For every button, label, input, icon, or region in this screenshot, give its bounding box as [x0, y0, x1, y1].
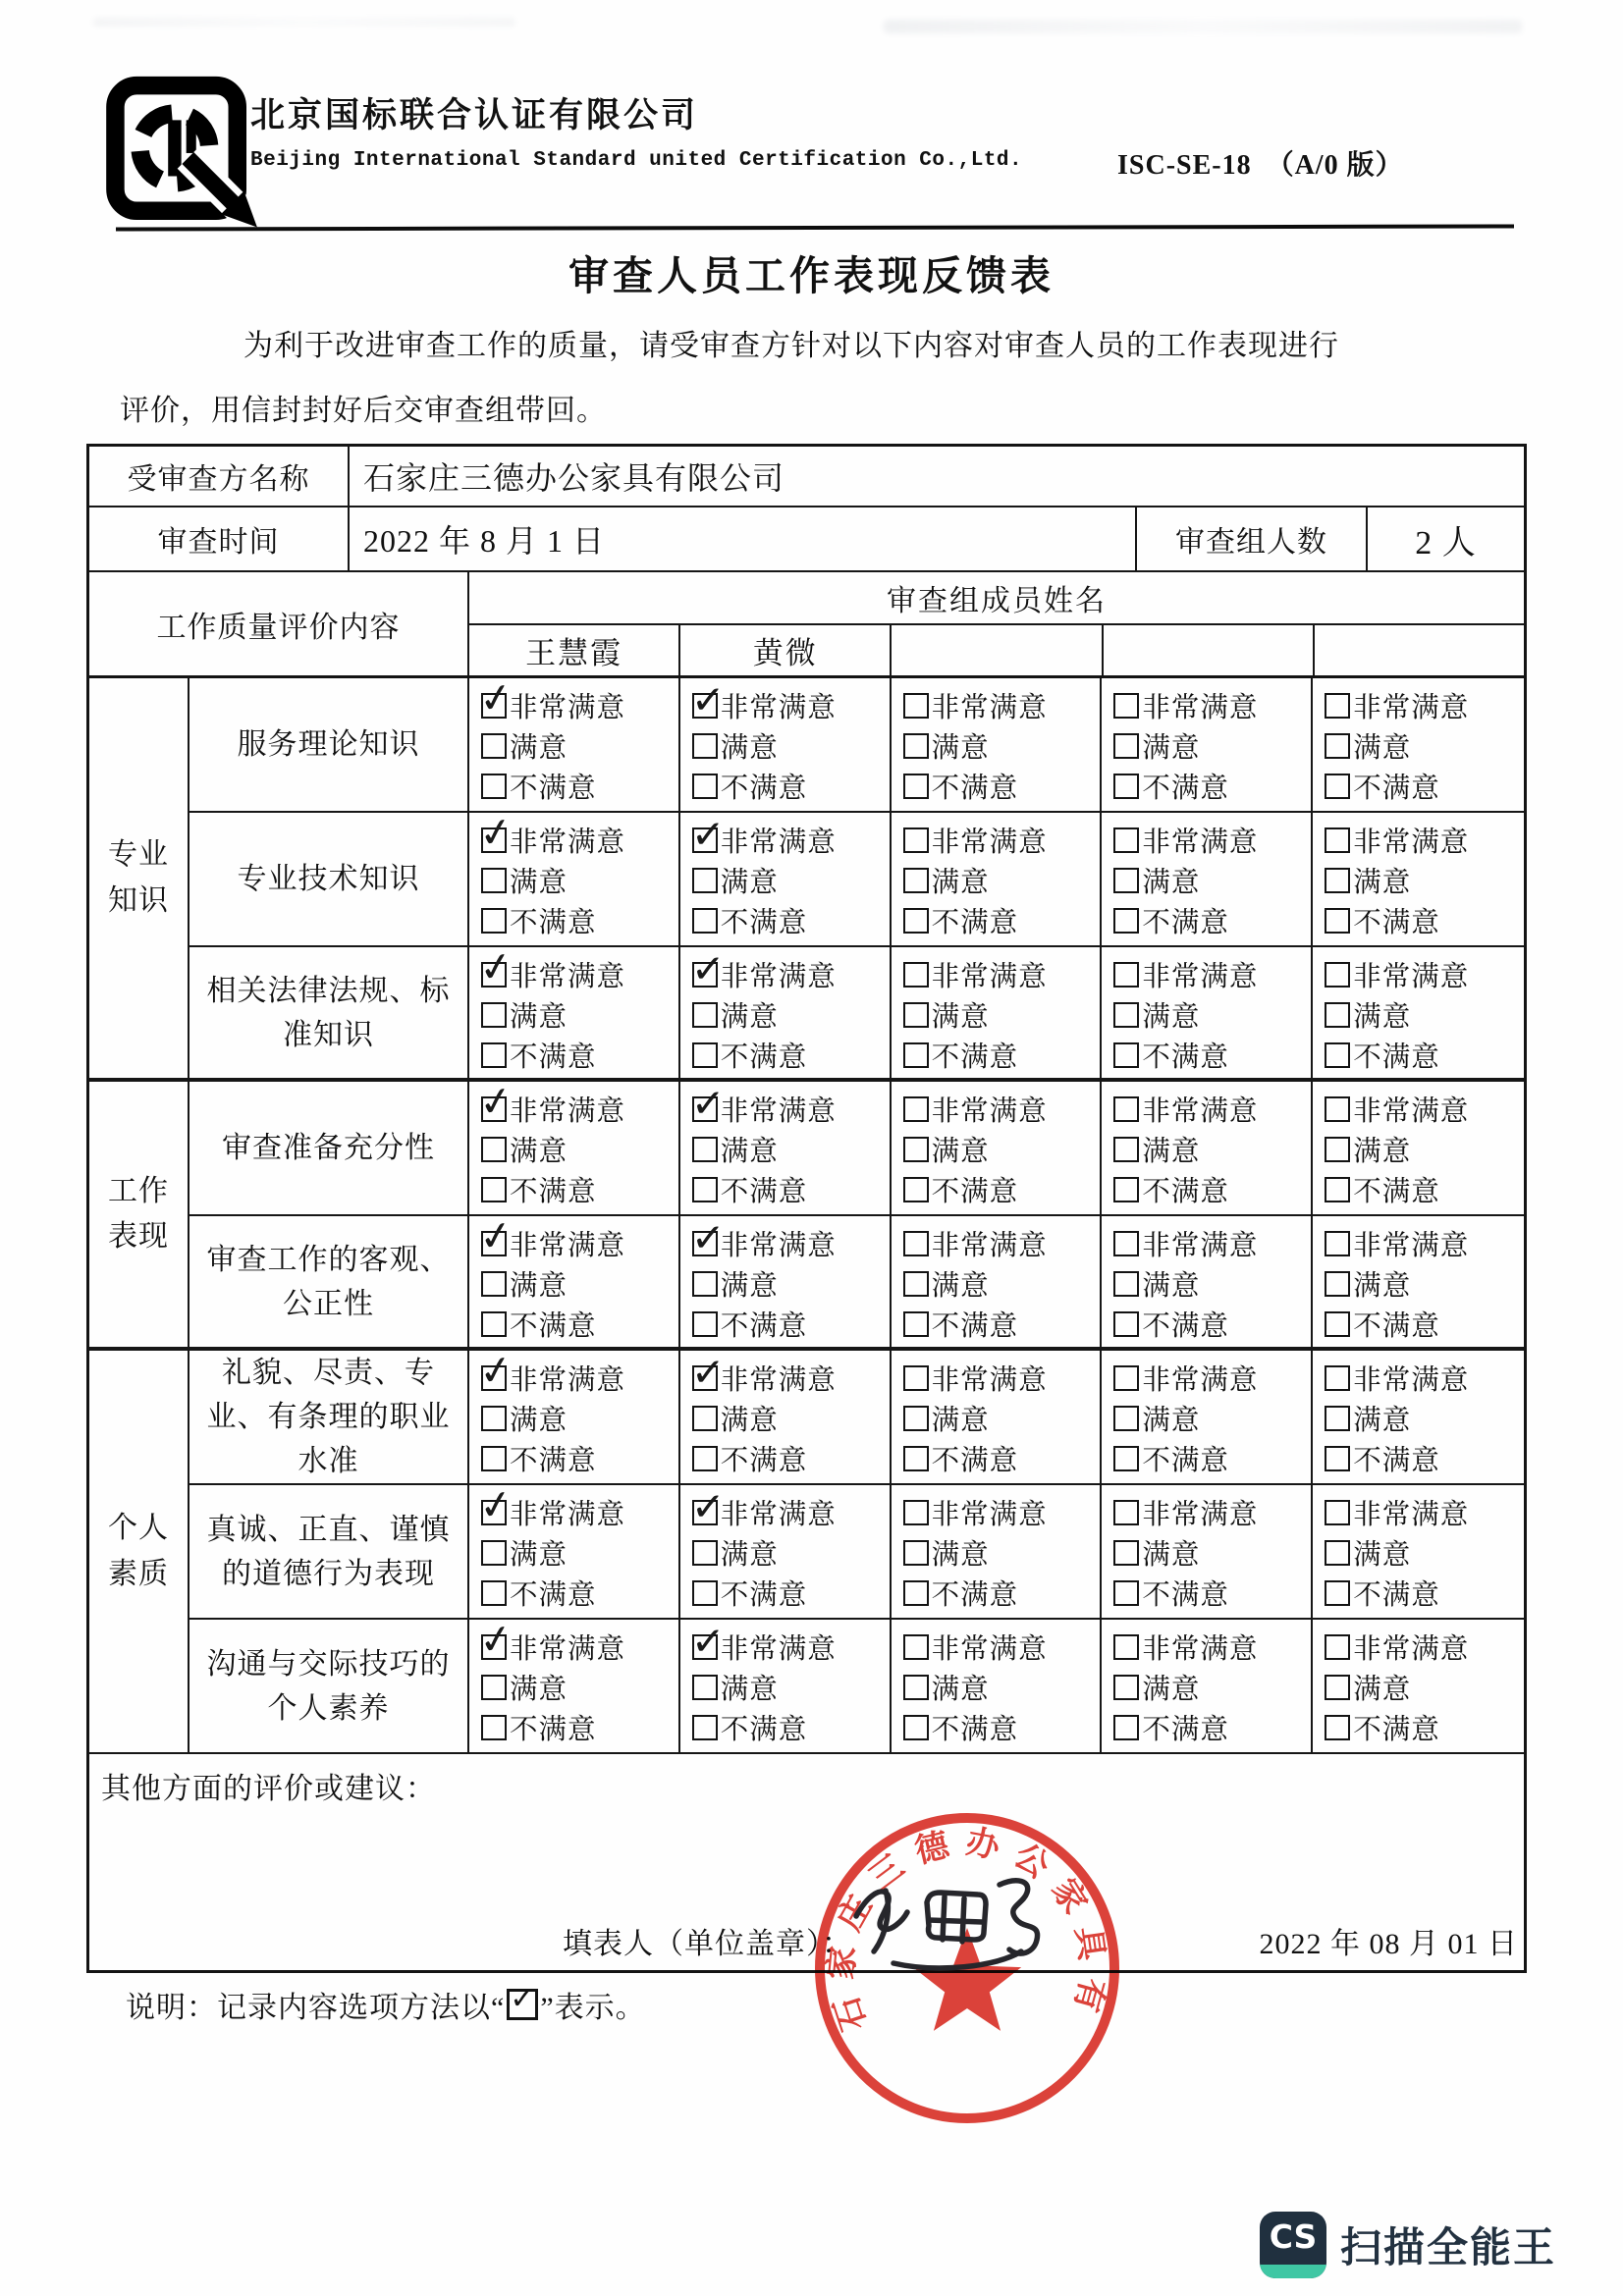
option-label: 满意	[721, 1532, 779, 1573]
checkbox[interactable]	[481, 1271, 507, 1297]
checkbox[interactable]	[692, 868, 718, 893]
option-label: 不满意	[1353, 1573, 1440, 1613]
option-label: 非常满意	[1142, 1492, 1258, 1532]
checkbox[interactable]: ✓	[692, 962, 718, 988]
team-size-value: 2 人	[1368, 507, 1524, 570]
checkbox[interactable]	[903, 1634, 929, 1660]
checkbox[interactable]	[903, 1500, 929, 1525]
checkbox[interactable]	[1325, 1365, 1350, 1391]
option-label: 满意	[510, 860, 568, 900]
option-label: 不满意	[510, 1304, 597, 1344]
option-row: 非常满意	[903, 954, 1097, 994]
option-row: 满意	[692, 994, 886, 1035]
checkbox[interactable]: ✓	[481, 962, 507, 988]
rating-cell: 非常满意满意不满意	[1102, 813, 1313, 947]
option-row: 非常满意	[1325, 1358, 1520, 1398]
rating-cell: 非常满意满意不满意	[1313, 1082, 1524, 1216]
scan-noise	[884, 20, 1522, 33]
checkbox[interactable]: ✓	[481, 1231, 507, 1256]
rating-cell: ✓非常满意满意不满意	[680, 678, 892, 813]
option-row: ✓非常满意	[481, 1627, 675, 1667]
rating-cell: 非常满意满意不满意	[1102, 1082, 1313, 1216]
option-label: 满意	[510, 994, 568, 1035]
checkbox[interactable]	[692, 1177, 718, 1202]
option-label: 满意	[1142, 994, 1200, 1035]
checkbox[interactable]	[1325, 1311, 1350, 1337]
option-label: 不满意	[721, 1035, 808, 1075]
criteria-label: 礼貌、尽责、专业、有条理的职业水准	[189, 1351, 469, 1485]
checkbox[interactable]	[481, 868, 507, 893]
checkbox[interactable]	[903, 962, 929, 988]
check-mark-icon: ✓	[476, 810, 516, 855]
option-label: 非常满意	[1353, 1358, 1469, 1398]
rating-cell: 非常满意满意不满意	[1102, 1485, 1313, 1620]
option-row: 满意	[481, 860, 675, 900]
member-names-row: 王慧霞 黄微	[469, 625, 1524, 675]
option-row: 非常满意	[1325, 685, 1520, 725]
option-row: ✓非常满意	[692, 1358, 886, 1398]
checkbox[interactable]	[692, 1580, 718, 1606]
checkbox[interactable]	[481, 1715, 507, 1740]
rating-cell: ✓非常满意满意不满意	[680, 1082, 892, 1216]
checkbox[interactable]	[1325, 1042, 1350, 1068]
member-name-1: 王慧霞	[469, 625, 680, 675]
option-row: 不满意	[692, 900, 886, 940]
option-row: 不满意	[903, 900, 1097, 940]
rating-cell: ✓非常满意满意不满意	[469, 1216, 680, 1351]
checkbox[interactable]	[481, 1177, 507, 1202]
option-label: 不满意	[721, 766, 808, 806]
checkbox[interactable]: ✓	[692, 828, 718, 853]
checkbox[interactable]	[1325, 1540, 1350, 1566]
checkbox[interactable]	[1325, 962, 1350, 988]
option-label: 不满意	[932, 766, 1019, 806]
checkbox[interactable]: ✓	[481, 828, 507, 853]
checkbox[interactable]	[903, 868, 929, 893]
checkbox[interactable]	[481, 1002, 507, 1028]
option-row: 非常满意	[1325, 1492, 1520, 1532]
member-name-3	[892, 625, 1103, 675]
option-row: ✓非常满意	[692, 820, 886, 860]
checkbox[interactable]: ✓	[481, 1634, 507, 1660]
checkbox[interactable]: ✓	[692, 1500, 718, 1525]
intro-line-2: 评价，用信封封好后交审查组带回。	[120, 386, 607, 429]
checkbox[interactable]	[903, 1446, 929, 1471]
option-row: ✓非常满意	[692, 1089, 886, 1129]
check-mark-icon: ✓	[690, 679, 727, 721]
option-row: 不满意	[481, 1035, 675, 1075]
rating-cell: ✓非常满意满意不满意	[469, 1620, 680, 1754]
checkbox[interactable]: ✓	[692, 1096, 718, 1122]
checkbox[interactable]	[1325, 1096, 1350, 1122]
option-label: 非常满意	[932, 685, 1048, 725]
option-row: 非常满意	[903, 1492, 1097, 1532]
checkbox[interactable]	[1113, 1580, 1139, 1606]
checkbox[interactable]	[481, 774, 507, 799]
criteria-label: 审查工作的客观、公正性	[189, 1216, 469, 1351]
checkbox[interactable]	[1113, 1002, 1139, 1028]
checkbox[interactable]	[1113, 733, 1139, 759]
checkbox[interactable]	[1325, 733, 1350, 759]
checkbox[interactable]	[692, 1002, 718, 1028]
checkbox[interactable]	[692, 1540, 718, 1566]
rating-cell: ✓非常满意满意不满意	[469, 813, 680, 947]
note-line: 说明：记录内容选项方法以“ ✓ ”表示。	[126, 1983, 646, 2026]
member-name-5	[1315, 625, 1524, 675]
option-row: 满意	[903, 725, 1097, 766]
option-label: 不满意	[721, 1573, 808, 1613]
checkbox[interactable]	[692, 1675, 718, 1700]
checkbox[interactable]	[1113, 693, 1139, 719]
checkbox[interactable]	[903, 733, 929, 759]
checkbox[interactable]	[1113, 908, 1139, 934]
member-name-2: 黄微	[680, 625, 892, 675]
option-label: 不满意	[721, 1304, 808, 1344]
option-label: 非常满意	[1353, 1627, 1469, 1667]
option-row: 非常满意	[903, 1223, 1097, 1263]
option-label: 非常满意	[721, 685, 837, 725]
note-suffix: ”表示。	[540, 1983, 645, 2026]
option-label: 满意	[932, 1263, 990, 1304]
option-label: 不满意	[721, 1438, 808, 1478]
criteria-label: 沟通与交际技巧的个人素养	[189, 1620, 469, 1754]
checkbox[interactable]	[692, 1042, 718, 1068]
rating-cell: ✓非常满意满意不满意	[469, 678, 680, 813]
checkbox[interactable]	[1113, 1406, 1139, 1431]
option-label: 满意	[1142, 1129, 1200, 1169]
checkbox[interactable]	[692, 1446, 718, 1471]
option-label: 满意	[510, 1129, 568, 1169]
option-row: 不满意	[1113, 1304, 1307, 1344]
checkbox[interactable]	[481, 733, 507, 759]
checkbox[interactable]	[1113, 1446, 1139, 1471]
checkbox[interactable]	[692, 1271, 718, 1297]
checkbox[interactable]	[692, 1406, 718, 1431]
checkbox[interactable]	[1325, 828, 1350, 853]
checkbox[interactable]: ✓	[481, 693, 507, 719]
option-row: 满意	[481, 725, 675, 766]
option-row: 满意	[1113, 725, 1307, 766]
checkbox[interactable]	[1113, 1311, 1139, 1337]
checkbox[interactable]	[1113, 868, 1139, 893]
criteria-label: 审查准备充分性	[189, 1082, 469, 1216]
option-label: 满意	[1142, 1667, 1200, 1707]
checkbox[interactable]	[903, 1365, 929, 1391]
rating-cell: 非常满意满意不满意	[1313, 813, 1524, 947]
camscanner-watermark: CS 扫描全能王	[1260, 2212, 1556, 2278]
check-mark-icon: ✓	[476, 675, 516, 721]
checkbox[interactable]	[1325, 693, 1350, 719]
option-row: ✓非常满意	[692, 954, 886, 994]
option-row: 不满意	[1113, 1169, 1307, 1209]
members-header-block: 审查组成员姓名 王慧霞 黄微	[469, 572, 1524, 675]
rating-cell: 非常满意满意不满意	[1102, 1620, 1313, 1754]
option-label: 不满意	[510, 1707, 597, 1747]
checkbox[interactable]	[481, 1311, 507, 1337]
rating-cell: ✓非常满意满意不满意	[469, 1082, 680, 1216]
checkbox[interactable]	[1325, 1137, 1350, 1162]
option-row: ✓非常满意	[481, 1358, 675, 1398]
rating-cell: 非常满意满意不满意	[892, 1351, 1103, 1485]
option-row: 不满意	[692, 1304, 886, 1344]
checkbox[interactable]	[903, 1096, 929, 1122]
option-row: 不满意	[481, 900, 675, 940]
option-row: 满意	[1325, 1129, 1520, 1169]
checkbox[interactable]	[481, 1137, 507, 1162]
checkbox[interactable]	[1325, 1580, 1350, 1606]
checkbox[interactable]	[1113, 774, 1139, 799]
option-row: 满意	[1113, 1532, 1307, 1573]
option-row: 满意	[1325, 1263, 1520, 1304]
option-label: 非常满意	[932, 954, 1048, 994]
checkbox[interactable]	[1325, 1002, 1350, 1028]
checkbox[interactable]	[1325, 1406, 1350, 1431]
checkbox[interactable]	[903, 908, 929, 934]
rating-cell: 非常满意满意不满意	[892, 1216, 1103, 1351]
option-row: 满意	[481, 1263, 675, 1304]
option-label: 不满意	[932, 1304, 1019, 1344]
audit-time-row: 审查时间 2022 年 8 月 1 日 审查组人数 2 人	[89, 507, 1524, 572]
option-label: 非常满意	[1353, 1492, 1469, 1532]
option-label: 满意	[1142, 1398, 1200, 1438]
rating-cell: 非常满意满意不满意	[1102, 1216, 1313, 1351]
checkbox[interactable]	[903, 1540, 929, 1566]
option-label: 满意	[721, 1667, 779, 1707]
option-row: 满意	[692, 1532, 886, 1573]
checkbox[interactable]	[692, 908, 718, 934]
option-row: 非常满意	[1113, 1627, 1307, 1667]
option-row: 满意	[903, 1129, 1097, 1169]
option-label: 非常满意	[510, 1358, 625, 1398]
checkbox[interactable]	[903, 1406, 929, 1431]
option-label: 非常满意	[721, 1492, 837, 1532]
checkbox[interactable]	[481, 1042, 507, 1068]
checkbox[interactable]	[1325, 1446, 1350, 1471]
option-row: 满意	[692, 860, 886, 900]
checkbox[interactable]	[1113, 828, 1139, 853]
checkbox[interactable]	[903, 1002, 929, 1028]
checkbox[interactable]	[1113, 1675, 1139, 1700]
checkbox[interactable]	[1113, 1137, 1139, 1162]
checkbox[interactable]	[1325, 1500, 1350, 1525]
checkbox[interactable]	[903, 1271, 929, 1297]
other-comments-box[interactable]: 其他方面的评价或建议： 填表人（单位盖章）： 2022 年 08 月 01 日	[89, 1754, 1524, 1970]
checkbox[interactable]	[481, 1580, 507, 1606]
checkbox[interactable]	[1113, 1177, 1139, 1202]
checkbox[interactable]	[903, 774, 929, 799]
rating-cell: ✓非常满意满意不满意	[680, 1485, 892, 1620]
option-row: 不满意	[1325, 1438, 1520, 1478]
checkbox[interactable]	[481, 1540, 507, 1566]
checkbox[interactable]	[1325, 1715, 1350, 1740]
checkbox[interactable]	[903, 1042, 929, 1068]
checkbox[interactable]	[481, 908, 507, 934]
checkbox[interactable]	[1113, 1500, 1139, 1525]
checkbox[interactable]	[903, 1137, 929, 1162]
scan-noise	[93, 18, 515, 27]
checkbox[interactable]	[903, 1715, 929, 1740]
option-label: 满意	[510, 1398, 568, 1438]
option-row: 满意	[1325, 1398, 1520, 1438]
option-row: 非常满意	[903, 1627, 1097, 1667]
option-label: 不满意	[1353, 1438, 1440, 1478]
checkbox[interactable]	[903, 828, 929, 853]
checkbox[interactable]: ✓	[692, 693, 718, 719]
option-row: 满意	[1325, 994, 1520, 1035]
option-label: 满意	[721, 1398, 779, 1438]
option-label: 非常满意	[1142, 1089, 1258, 1129]
checkbox[interactable]	[692, 1715, 718, 1740]
option-label: 非常满意	[932, 1223, 1048, 1263]
camscanner-icon-strip	[1260, 2265, 1326, 2278]
option-row: 非常满意	[1325, 1223, 1520, 1263]
option-row: 满意	[481, 1532, 675, 1573]
checkbox[interactable]	[1325, 908, 1350, 934]
checkbox[interactable]	[1325, 868, 1350, 893]
option-label: 非常满意	[721, 1089, 837, 1129]
rating-cell: 非常满意满意不满意	[1102, 1351, 1313, 1485]
option-label: 满意	[1142, 1532, 1200, 1573]
option-row: 满意	[903, 994, 1097, 1035]
option-label: 不满意	[510, 1438, 597, 1478]
criteria-grid: 专业知识服务理论知识✓非常满意满意不满意✓非常满意满意不满意非常满意满意不满意非…	[89, 678, 1524, 1754]
check-mark-icon: ✓	[476, 1617, 516, 1662]
checkbox[interactable]	[1325, 1675, 1350, 1700]
checkbox[interactable]	[1113, 1715, 1139, 1740]
category-1: 工作表现	[89, 1082, 189, 1351]
option-label: 非常满意	[721, 1358, 837, 1398]
checkbox[interactable]: ✓	[692, 1634, 718, 1660]
checkbox[interactable]	[903, 1231, 929, 1256]
check-mark-icon: ✓	[476, 1079, 516, 1124]
checkbox[interactable]	[1325, 774, 1350, 799]
option-row: 不满意	[692, 1169, 886, 1209]
option-label: 非常满意	[1353, 954, 1469, 994]
intro-line-1: 为利于改进审查工作的质量，请受审查方针对以下内容对审查人员的工作表现进行	[243, 321, 1339, 364]
checkbox[interactable]	[692, 774, 718, 799]
option-row: 满意	[1325, 725, 1520, 766]
members-header: 审查组成员姓名	[469, 572, 1524, 625]
option-row: 非常满意	[1325, 954, 1520, 994]
checkbox[interactable]	[1113, 1042, 1139, 1068]
checkbox[interactable]	[1113, 1231, 1139, 1256]
rating-cell: ✓非常满意满意不满意	[469, 1351, 680, 1485]
rating-cell: ✓非常满意满意不满意	[469, 1485, 680, 1620]
checkbox[interactable]: ✓	[481, 1365, 507, 1391]
option-row: 满意	[481, 1398, 675, 1438]
checkbox[interactable]	[692, 1137, 718, 1162]
checkbox[interactable]: ✓	[692, 1231, 718, 1256]
checkbox[interactable]	[1113, 1096, 1139, 1122]
option-row: 满意	[1113, 994, 1307, 1035]
checkbox[interactable]: ✓	[481, 1096, 507, 1122]
option-label: 不满意	[1142, 1035, 1229, 1075]
rating-cell: ✓非常满意满意不满意	[680, 947, 892, 1082]
option-row: 满意	[692, 1129, 886, 1169]
rating-cell: ✓非常满意满意不满意	[680, 1351, 892, 1485]
option-row: 满意	[1325, 1532, 1520, 1573]
option-row: 不满意	[1113, 1035, 1307, 1075]
option-row: 非常满意	[1113, 1492, 1307, 1532]
option-row: ✓非常满意	[692, 1223, 886, 1263]
checkbox[interactable]	[481, 1406, 507, 1431]
checkbox[interactable]	[1325, 1634, 1350, 1660]
checkbox[interactable]	[1325, 1271, 1350, 1297]
option-label: 不满意	[510, 1573, 597, 1613]
checkbox[interactable]	[692, 733, 718, 759]
certification-logo-icon	[102, 75, 267, 241]
option-row: 满意	[481, 1667, 675, 1707]
option-label: 满意	[510, 1667, 568, 1707]
checkbox[interactable]	[1113, 962, 1139, 988]
option-label: 不满意	[721, 1707, 808, 1747]
option-label: 不满意	[932, 1169, 1019, 1209]
option-label: 非常满意	[510, 820, 625, 860]
checkbox[interactable]	[1113, 1634, 1139, 1660]
option-row: 不满意	[903, 1304, 1097, 1344]
form-title: 审查人员工作表现反馈表	[0, 243, 1623, 301]
checkbox[interactable]	[1113, 1365, 1139, 1391]
checkbox[interactable]	[1113, 1271, 1139, 1297]
checkbox[interactable]	[481, 1675, 507, 1700]
option-row: 满意	[903, 1398, 1097, 1438]
option-label: 不满意	[932, 1035, 1019, 1075]
camscanner-app-name: 扫描全能王	[1340, 2216, 1556, 2274]
option-label: 不满意	[1353, 1304, 1440, 1344]
option-label: 非常满意	[932, 820, 1048, 860]
option-label: 满意	[1353, 994, 1411, 1035]
checkbox[interactable]	[903, 1177, 929, 1202]
checkbox[interactable]	[903, 1311, 929, 1337]
option-label: 非常满意	[932, 1358, 1048, 1398]
checkbox[interactable]	[903, 1580, 929, 1606]
option-label: 满意	[1142, 1263, 1200, 1304]
option-row: 满意	[692, 725, 886, 766]
option-label: 非常满意	[721, 1223, 837, 1263]
option-row: 满意	[903, 1263, 1097, 1304]
checkbox[interactable]: ✓	[692, 1365, 718, 1391]
option-row: ✓非常满意	[692, 1627, 886, 1667]
audit-time-label: 审查时间	[89, 507, 350, 570]
option-row: 满意	[903, 1532, 1097, 1573]
checkbox[interactable]	[481, 1446, 507, 1471]
checkbox[interactable]: ✓	[481, 1500, 507, 1525]
checkbox[interactable]	[1325, 1177, 1350, 1202]
option-label: 满意	[1353, 725, 1411, 766]
option-row: 满意	[1325, 1667, 1520, 1707]
option-label: 满意	[1353, 1667, 1411, 1707]
checkbox[interactable]	[1113, 1540, 1139, 1566]
option-row: 满意	[1113, 1667, 1307, 1707]
checkbox[interactable]	[903, 693, 929, 719]
option-row: 不满意	[692, 1573, 886, 1613]
checkbox[interactable]	[903, 1675, 929, 1700]
document-code: ISC-SE-18 （A/0 版）	[1117, 143, 1404, 183]
option-label: 不满意	[932, 1707, 1019, 1747]
option-label: 满意	[1353, 1532, 1411, 1573]
option-label: 满意	[510, 725, 568, 766]
checkbox[interactable]	[692, 1311, 718, 1337]
rating-cell: 非常满意满意不满意	[1313, 678, 1524, 813]
option-label: 满意	[1353, 860, 1411, 900]
checkbox[interactable]	[1325, 1231, 1350, 1256]
option-row: 满意	[1325, 860, 1520, 900]
option-label: 满意	[932, 1532, 990, 1573]
option-row: 不满意	[481, 766, 675, 806]
option-label: 满意	[721, 994, 779, 1035]
option-row: 满意	[692, 1667, 886, 1707]
option-row: 满意	[1113, 1129, 1307, 1169]
